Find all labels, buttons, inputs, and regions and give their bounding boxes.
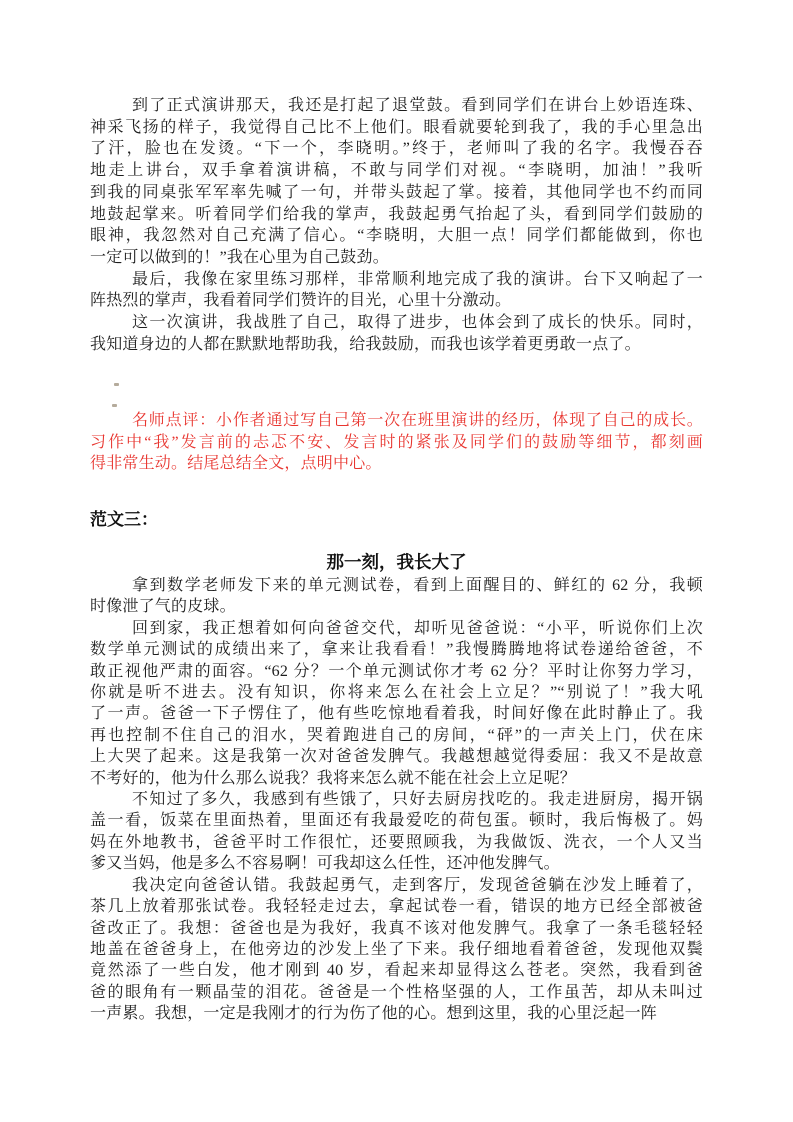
text-line: 爸改正了。我想：爸爸也是为我好，我真不该对他发脾气。我拿了一条毛毯轻轻 [90,918,703,939]
text-line: 盖一看，饭菜在里面热着，里面还有我最爱吃的荷包蛋。顿时，我后悔极了。妈 [90,810,703,831]
text-line: 眼神，我忽然对自己充满了信心。“李晓明，大胆一点！同学们都能做到，你也 [90,225,703,247]
text-line: 不考好的，他为什么那么说我？我将来怎么就不能在社会上立足呢？ [90,768,703,789]
text-line: 不知过了多久，我感到有些饿了，只好去厨房找吃的。我走进厨房，揭开锅 [90,789,703,810]
document-page: 到了正式演讲那天，我还是打起了退堂鼓。看到同学们在讲台上妙语连珠、神采飞扬的样子… [0,0,793,1122]
text-line: 数学单元测试的成绩出来了，拿来让我看看！”我慢腾腾地将试卷递给爸爸，不 [90,639,703,660]
text-line: 我决定向爸爸认错。我鼓起勇气，走到客厅，发现爸爸躺在沙发上睡着了， [90,875,703,896]
text-line: 你就是听不进去。没有知识，你将来怎么在社会上立足？”“别说了！”我大吼 [90,682,703,703]
text-line: 茶几上放着那张试卷。我轻轻走过去，拿起试卷一看，错误的地方已经全部被爸 [90,896,703,917]
text-line: 到我的同桌张军军率先喊了一句，并带头鼓起了掌。接着，其他同学也不约而同 [90,182,703,204]
text-line: 得非常生动。结尾总结全文，点明中心。 [90,453,703,475]
text-line: 名师点评：小作者通过写自己第一次在班里演讲的经历，体现了自己的成长。 [90,410,703,432]
text-line: 了汗，脸也在发烫。“下一个，李晓明。”终于，老师叫了我的名字。我慢吞吞 [90,138,703,160]
text-line: 回到家，我正想着如何向爸爸交代，却听见爸爸说：“小平，听说你们上次 [90,618,703,639]
text-line: 上大哭了起来。这是我第一次对爸爸发脾气。我越想越觉得委屈：我又不是故意 [90,746,703,767]
text-line: 神采飞扬的样子，我觉得自己比不上他们。眼看就要轮到我了，我的手心里急出 [90,117,703,139]
teacher-comment: 名师点评：小作者通过写自己第一次在班里演讲的经历，体现了自己的成长。习作中“我”… [90,410,703,475]
text-line: 地走上讲台，双手拿着演讲稿，不敢与同学们对视。“李晓明，加油！”我听 [90,160,703,182]
text-line: 爸的眼角有一颗晶莹的泪花。爸爸是一个性格坚强的人，工作虽苦，却从未叫过 [90,982,703,1003]
text-line: 妈在外地教书，爸爸平时工作很忙，还要照顾我，为我做饭、洗衣，一个人又当 [90,832,703,853]
text-line: 阵热烈的掌声，我看着同学们赞许的目光，心里十分激动。 [90,290,703,312]
text-line: 爹又当妈，他是多么不容易啊！可我却这么任性，还冲他发脾气。 [90,853,703,874]
text-line: 了一声。爸爸一下子愣住了，他有些吃惊地看着我，时间好像在此时静止了。我 [90,703,703,724]
text-line: 再也控制不住自己的泪水，哭着跑进自己的房间，“砰”的一声关上门，伏在床 [90,725,703,746]
essay-2-body: 拿到数学老师发下来的单元测试卷，看到上面醒目的、鲜红的 62 分，我顿时像泄了气… [90,575,703,1025]
text-line: 到了正式演讲那天，我还是打起了退堂鼓。看到同学们在讲台上妙语连珠、 [90,95,703,117]
text-line: 习作中“我”发言前的忐忑不安、发言时的紧张及同学们的鼓励等细节，都刻画 [90,432,703,454]
text-line: 地鼓起掌来。听着同学们给我的掌声，我鼓起勇气抬起了头，看到同学们鼓励的 [90,204,703,226]
text-line: 一声累。我想，一定是我刚才的行为伤了他的心。想到这里，我的心里泛起一阵 [90,1003,703,1024]
text-line: 我知道身边的人都在默默地帮助我，给我鼓励，而我也该学着更勇敢一点了。 [90,334,703,356]
essay-1-body: 到了正式演讲那天，我还是打起了退堂鼓。看到同学们在讲台上妙语连珠、神采飞扬的样子… [90,95,703,355]
text-line: 敢正视他严肃的面容。“62 分？一个单元测试你才考 62 分？平时让你努力学习， [90,661,703,682]
essay-title: 那一刻，我长大了 [90,551,703,573]
text-line: 这一次演讲，我战胜了自己，取得了进步，也体会到了成长的快乐。同时， [90,312,703,334]
text-line: 一定可以做到的！”我在心里为自己鼓劲。 [90,247,703,269]
artifact-mark [114,383,119,386]
text-line: 竟然添了一些白发，他才刚到 40 岁，看起来却显得这么苍老。突然，我看到爸 [90,960,703,981]
section-heading: 范文三： [90,509,158,531]
text-line: 地盖在爸爸身上，在他旁边的沙发上坐了下来。我仔细地看着爸爸，发现他双鬓 [90,939,703,960]
artifact-mark [112,404,117,407]
text-line: 时像泄了气的皮球。 [90,596,703,617]
text-line: 拿到数学老师发下来的单元测试卷，看到上面醒目的、鲜红的 62 分，我顿 [90,575,703,596]
text-line: 最后，我像在家里练习那样，非常顺利地完成了我的演讲。台下又响起了一 [90,269,703,291]
